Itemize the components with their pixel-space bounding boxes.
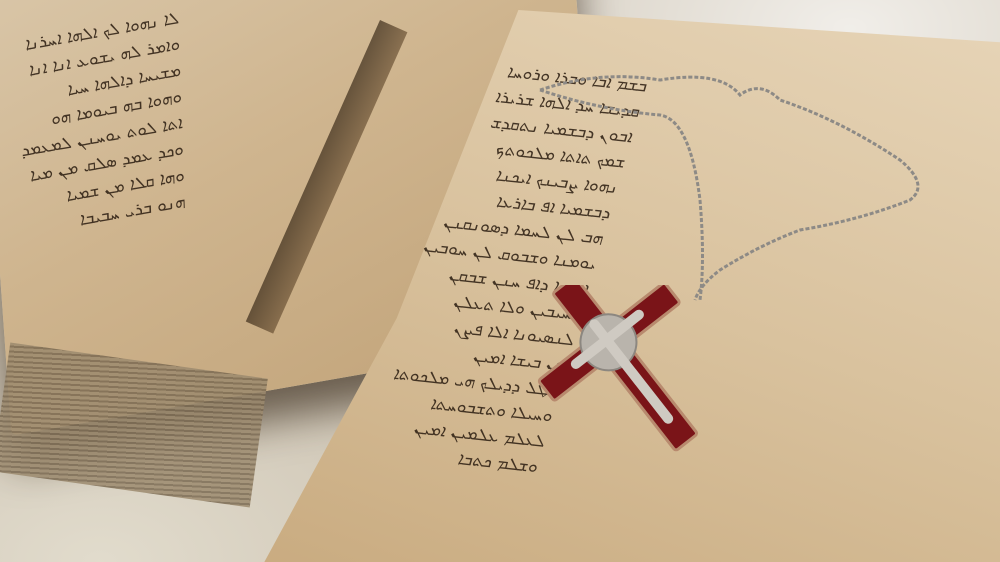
crucifix (520, 285, 730, 455)
silver-chain (0, 0, 1000, 562)
